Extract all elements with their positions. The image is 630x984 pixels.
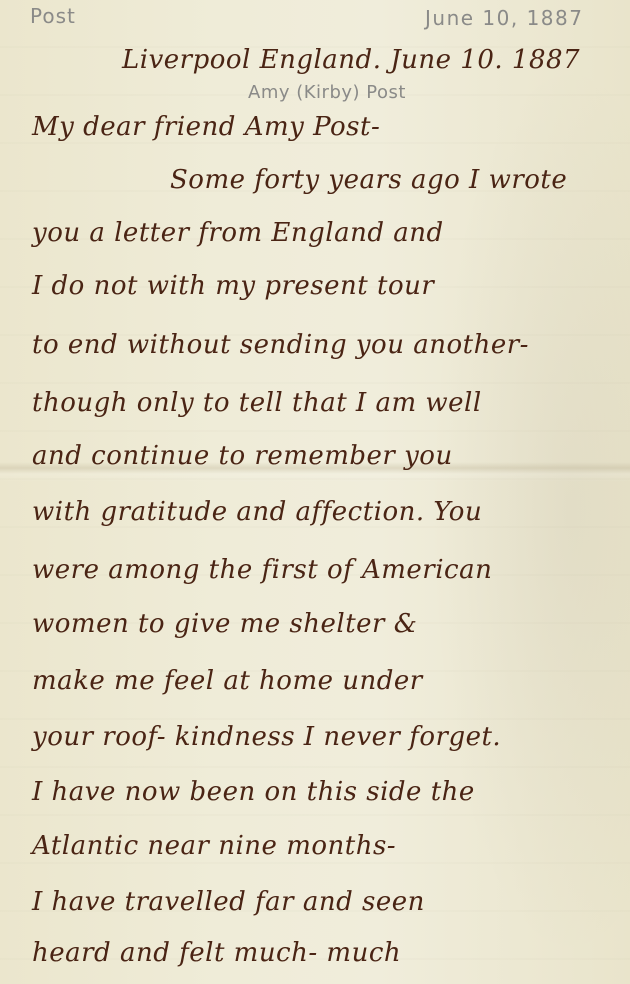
body-line: Atlantic near nine months- <box>32 831 396 861</box>
body-line: Some forty years ago I wrote <box>170 165 567 195</box>
salutation: My dear friend Amy Post- <box>32 112 380 142</box>
body-line: make me feel at home under <box>32 666 423 696</box>
body-line: your roof- kindness I never forget. <box>32 722 501 752</box>
body-line: and continue to remember you <box>32 441 453 471</box>
body-line: were among the first of American <box>32 555 492 585</box>
body-line: though only to tell that I am well <box>32 388 482 418</box>
archive-date-label: June 10, 1887 <box>425 6 583 30</box>
recipient-note: Amy (Kirby) Post <box>248 82 406 103</box>
letter-page: Post June 10, 1887 Liverpool England. Ju… <box>0 0 630 984</box>
body-line: to end without sending you another- <box>32 330 529 360</box>
body-line: women to give me shelter & <box>32 609 417 639</box>
body-line: heard and felt much- much <box>32 938 401 968</box>
body-line: with gratitude and affection. You <box>32 497 482 527</box>
body-line: I have travelled far and seen <box>32 887 425 917</box>
letter-heading: Liverpool England. June 10. 1887 <box>122 45 580 75</box>
body-line: I do not with my present tour <box>32 271 434 301</box>
archive-name-label: Post <box>30 4 76 28</box>
body-line: you a letter from England and <box>32 218 444 248</box>
body-line: I have now been on this side the <box>32 777 475 807</box>
